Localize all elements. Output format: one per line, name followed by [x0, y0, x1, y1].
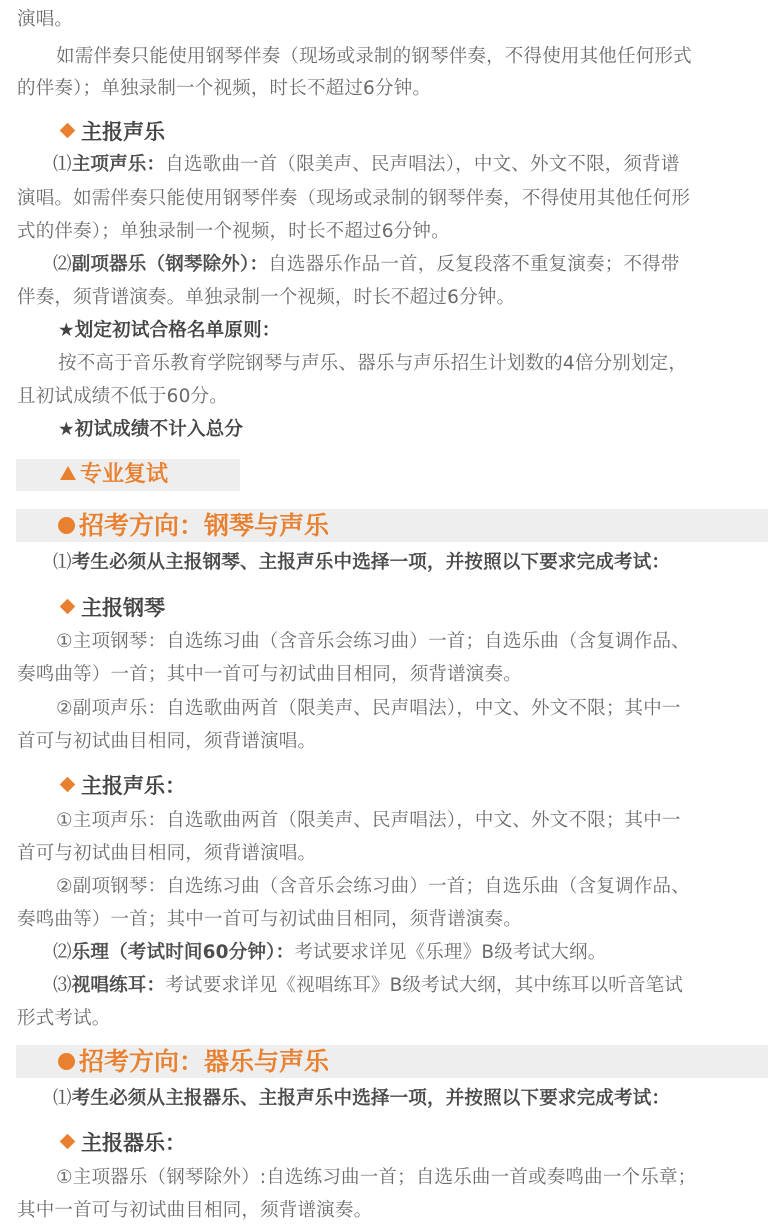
paragraph-line: 首可与初试曲目相同，须背谱演唱。: [17, 842, 316, 866]
diamond-icon: [60, 599, 76, 615]
item-number: ⑴: [53, 1088, 72, 1109]
banner-label: 招考方向：器乐与声乐: [79, 1047, 329, 1076]
paragraph-line: ①主项声乐：自选歌曲两首（限美声、民声唱法），中文、外文不限；其中一: [56, 809, 681, 833]
paragraph-line: ②副项钢琴：自选练习曲（含音乐会练习曲）一首；自选乐曲（含复调作品、: [56, 875, 690, 899]
list-item-main-vocal: ⑴主项声乐：自选歌曲一首（限美声、民声唱法），中文、外文不限，须背谱: [53, 153, 680, 177]
section-heading-main-instrument: 主报器乐：: [59, 1129, 186, 1157]
retest-banner: 专业复试: [16, 459, 240, 491]
paragraph-line: ②副项声乐：自选歌曲两首（限美声、民声唱法），中文、外文不限；其中一: [56, 697, 681, 721]
item-text: 考试要求详见《视唱练耳》B级考试大纲，其中练耳以听音笔试: [165, 975, 683, 996]
diamond-icon: [60, 1134, 76, 1150]
item-number: ⑴: [53, 552, 72, 573]
direction-banner-title: 招考方向：钢琴与声乐: [58, 509, 329, 542]
item-number: ⑵: [53, 942, 72, 963]
section-heading-vocal: 主报声乐: [59, 118, 165, 146]
heading-label: 主报钢琴: [81, 596, 165, 620]
paragraph-line: 演唱。: [17, 8, 73, 32]
item-number: ⑴: [53, 154, 72, 175]
item-number: ⑶: [53, 975, 72, 996]
diamond-icon: [60, 123, 76, 139]
triangle-icon: [60, 466, 76, 480]
paragraph-line: 伴奏，须背谱演奏。单独录制一个视频，时长不超过6分钟。: [17, 286, 515, 310]
item-lead: 视唱练耳：: [72, 975, 166, 996]
item-text: 自选器乐作品一首，反复段落不重复演奏；不得带: [268, 254, 679, 275]
paragraph-line: 的伴奏）；单独录制一个视频，时长不超过6分钟。: [17, 77, 431, 101]
section-heading-main-vocal: 主报声乐：: [59, 772, 186, 800]
paragraph-line: 按不高于音乐教育学院钢琴与声乐、器乐与声乐招生计划数的4倍分别划定，: [58, 352, 687, 376]
retest-banner-title: 专业复试: [60, 461, 168, 489]
item-lead: 副项器乐（钢琴除外）：: [72, 254, 268, 275]
paragraph-line: ①主项器乐（钢琴除外）:自选练习曲一首；自选乐曲一首或奏鸣曲一个乐章；: [56, 1166, 696, 1190]
list-item-secondary-instrument: ⑵副项器乐（钢琴除外）：自选器乐作品一首，反复段落不重复演奏；不得带: [53, 253, 680, 277]
paragraph-line: 其中一首可与初试曲目相同，须背谱演奏。: [17, 1199, 372, 1223]
paragraph-line: ①主项钢琴：自选练习曲（含音乐会练习曲）一首；自选乐曲（含复调作品、: [56, 630, 690, 654]
list-item-sightsinging: ⑶视唱练耳：考试要求详见《视唱练耳》B级考试大纲，其中练耳以听音笔试: [53, 974, 683, 998]
dot-icon: [58, 517, 75, 534]
item-number: ⑵: [53, 254, 72, 275]
dot-icon: [58, 1053, 75, 1070]
heading-label: 主报声乐：: [81, 774, 186, 798]
paragraph-line: 演唱。如需伴奏只能使用钢琴伴奏（现场或录制的钢琴伴奏，不得使用其他任何形: [17, 187, 690, 211]
direction-intro: ⑴考生必须从主报器乐、主报声乐中选择一项，并按照以下要求完成考试：: [53, 1087, 670, 1111]
intro-text: 考生必须从主报钢琴、主报声乐中选择一项，并按照以下要求完成考试：: [72, 552, 670, 573]
paragraph-line: 奏鸣曲等）一首；其中一首可与初试曲目相同，须背谱演奏。: [17, 663, 522, 687]
paragraph-line: 奏鸣曲等）一首；其中一首可与初试曲目相同，须背谱演奏。: [17, 908, 522, 932]
section-heading-main-piano: 主报钢琴: [59, 594, 165, 622]
paragraph-line: 如需伴奏只能使用钢琴伴奏（现场或录制的钢琴伴奏，不得使用其他任何形式: [56, 45, 692, 69]
diamond-icon: [60, 777, 76, 793]
paragraph-line: 且初试成绩不低于60分。: [17, 385, 228, 409]
item-text: 自选歌曲一首（限美声、民声唱法），中文、外文不限，须背谱: [165, 154, 679, 175]
paragraph-line: 首可与初试曲目相同，须背谱演唱。: [17, 730, 316, 754]
direction-banner-title: 招考方向：器乐与声乐: [58, 1045, 329, 1078]
paragraph-line: 式的伴奏）；单独录制一个视频，时长不超过6分钟。: [17, 220, 450, 244]
item-lead: 乐理（考试时间60分钟）：: [72, 942, 295, 963]
note-qualify-title: ★划定初试合格名单原则：: [58, 319, 281, 343]
heading-label: 主报器乐：: [81, 1131, 186, 1155]
item-text: 考试要求详见《乐理》B级考试大纲。: [294, 942, 606, 963]
banner-label: 招考方向：钢琴与声乐: [79, 511, 329, 540]
heading-label: 主报声乐: [81, 120, 165, 144]
item-lead: 主项声乐：: [72, 154, 166, 175]
direction-intro: ⑴考生必须从主报钢琴、主报声乐中选择一项，并按照以下要求完成考试：: [53, 551, 670, 575]
paragraph-line: 形式考试。: [17, 1007, 111, 1031]
list-item-theory: ⑵乐理（考试时间60分钟）：考试要求详见《乐理》B级考试大纲。: [53, 941, 606, 965]
direction-banner-instrument-vocal: 招考方向：器乐与声乐: [16, 1045, 768, 1078]
banner-label: 专业复试: [80, 462, 168, 487]
note-not-counted: ★初试成绩不计入总分: [58, 418, 243, 442]
direction-banner-piano-vocal: 招考方向：钢琴与声乐: [16, 509, 768, 542]
intro-text: 考生必须从主报器乐、主报声乐中选择一项，并按照以下要求完成考试：: [72, 1088, 670, 1109]
